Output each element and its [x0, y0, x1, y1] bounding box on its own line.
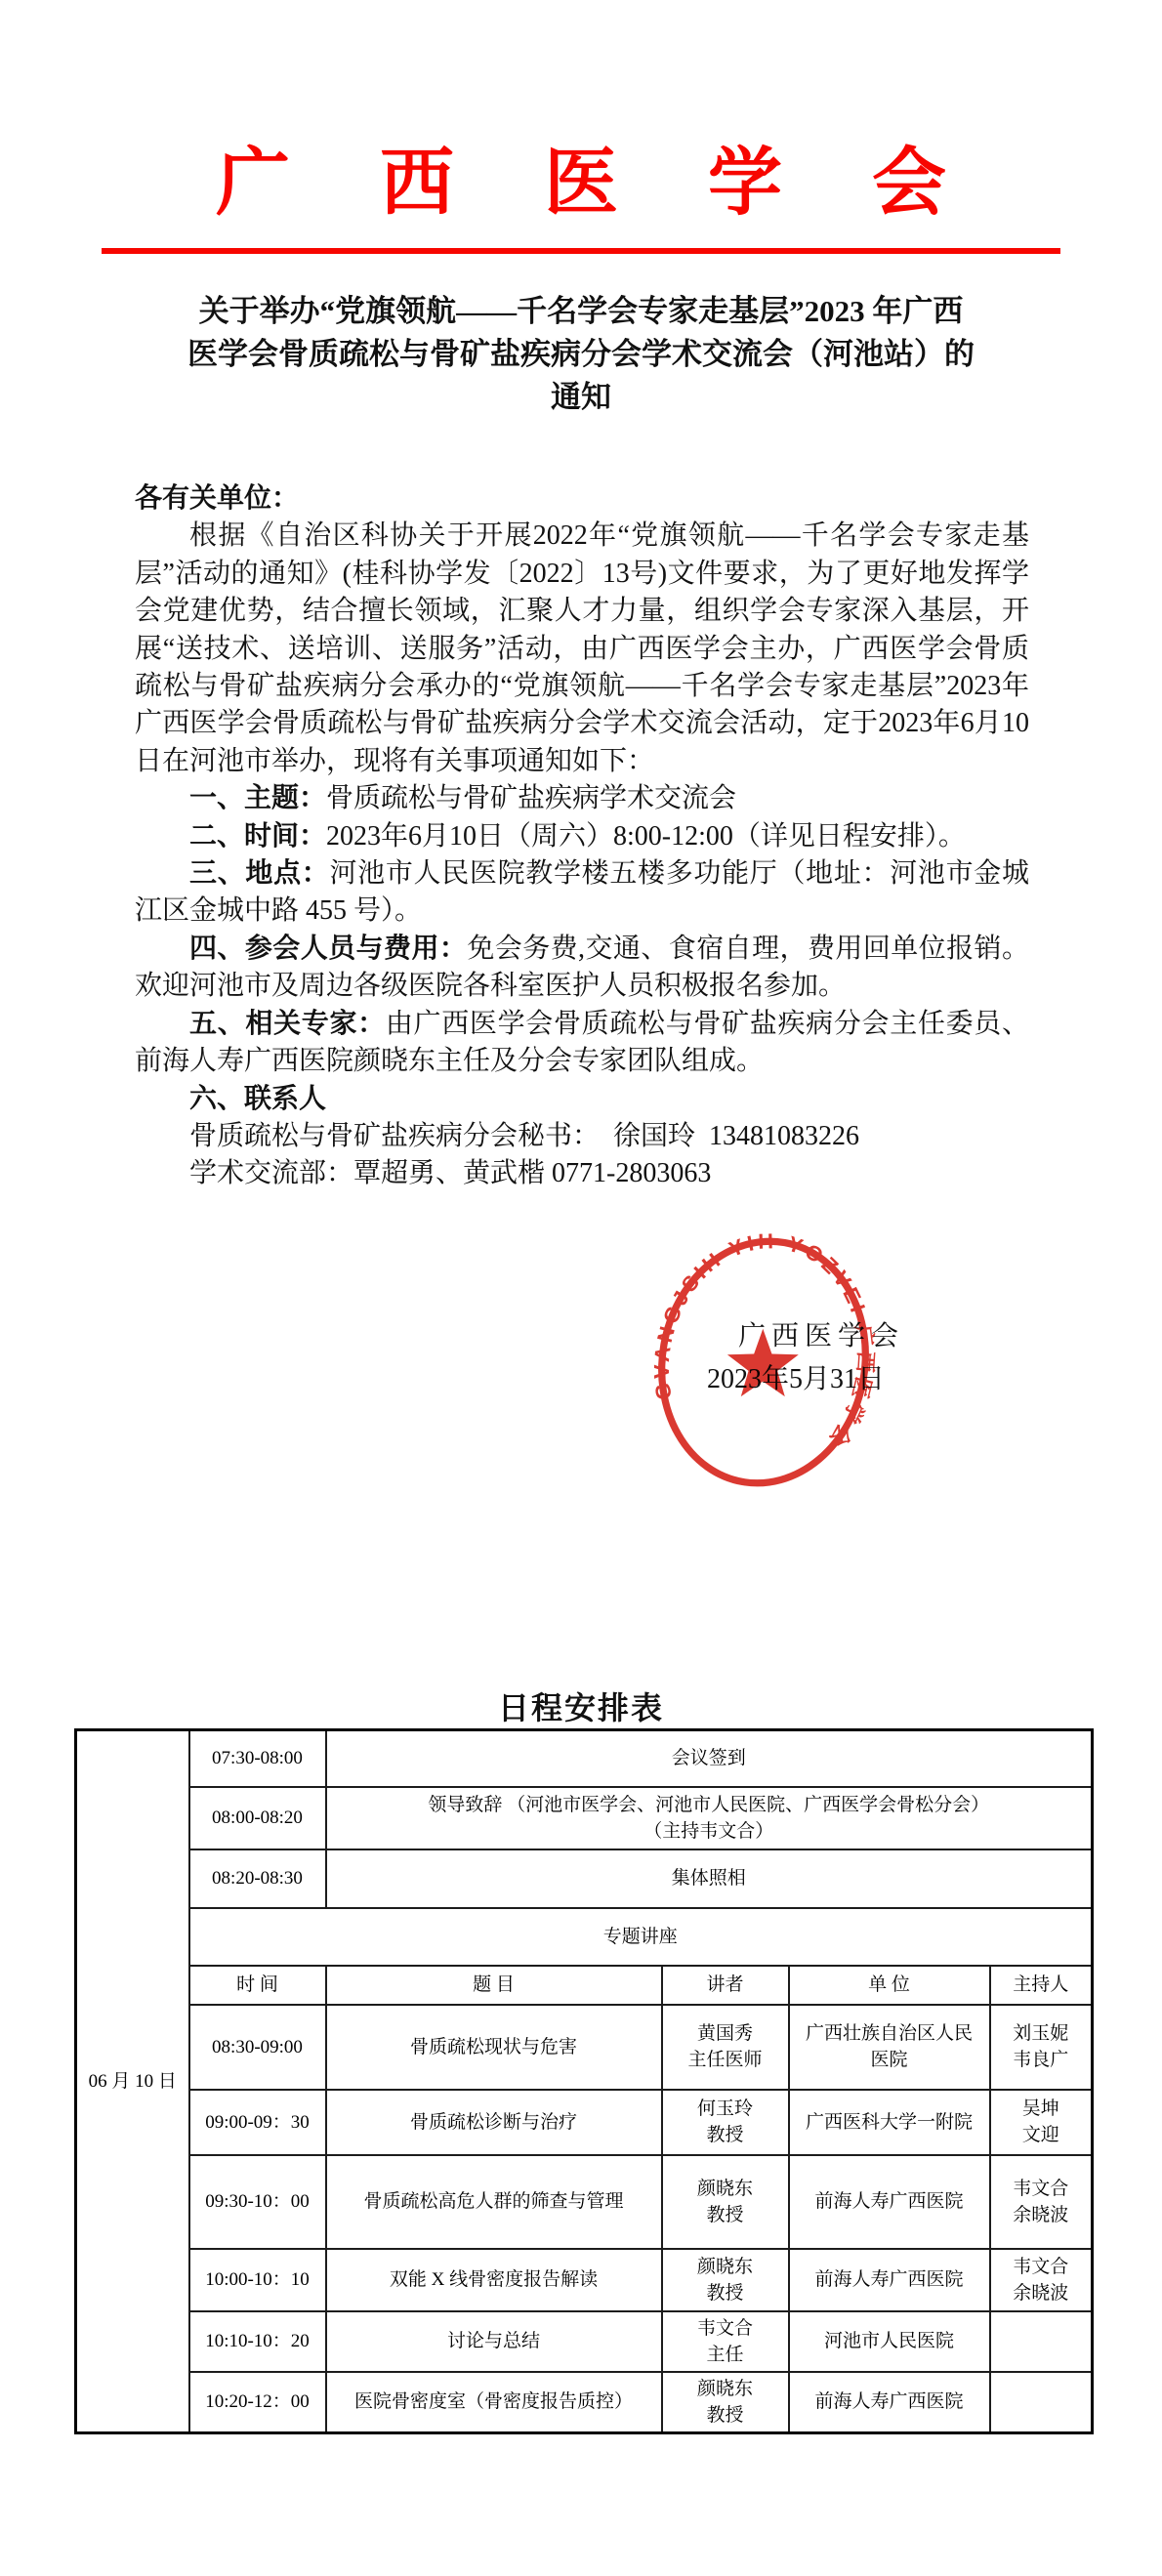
host-name: 余晓波: [999, 2280, 1084, 2306]
svg-text:GVANGJSIH YIH YOZVEI 广西医学会: GVANGJSIH YIH YOZVEI 广西医学会: [638, 1215, 895, 1457]
official-seal-stamp: GVANGJSIH YIH YOZVEI 广西医学会: [632, 1215, 896, 1510]
contact-exchange-dept: 学术交流部：覃超勇、黄武楷 0771-2803063: [135, 1155, 1029, 1192]
table-row: 09:30-10：00 骨质疏松高危人群的筛查与管理 颜晓东 教授 前海人寿广西…: [76, 2155, 1093, 2249]
item-experts-label: 五、相关专家：: [189, 1009, 386, 1039]
org-cell: 广西医科大学一附院: [789, 2090, 990, 2155]
column-header-org: 单 位: [789, 1966, 990, 2005]
time-cell: 08:20-08:30: [189, 1849, 326, 1908]
speaker-title: 主任: [671, 2342, 780, 2368]
notice-document-page: 广西医学会 关于举办“党旗领航——千名学会专家走基层”2023 年广西 医学会骨…: [0, 0, 1162, 2576]
event-line2: （主持韦文合）: [335, 1818, 1084, 1845]
item-topic: 一、主题：骨质疏松与骨矿盐疾病学术交流会: [135, 780, 1029, 817]
speaker-cell: 颜晓东 教授: [662, 2249, 789, 2311]
letterhead-divider-rule: [102, 248, 1060, 254]
topic-cell: 骨质疏松诊断与治疗: [326, 2090, 662, 2155]
host-name: 韦文合: [999, 2254, 1084, 2280]
speaker-name: 颜晓东: [671, 2376, 780, 2402]
table-row: 10:00-10：10 双能 X 线骨密度报告解读 颜晓东 教授 前海人寿广西医…: [76, 2249, 1093, 2311]
table-row: 08:00-08:20 领导致辞 （河池市医学会、河池市人民医院、广西医学会骨松…: [76, 1787, 1093, 1849]
org-cell: 前海人寿广西医院: [789, 2155, 990, 2249]
org-cell: 前海人寿广西医院: [789, 2372, 990, 2433]
host-cell: [990, 2311, 1093, 2372]
speaker-cell: 何玉玲 教授: [662, 2090, 789, 2155]
column-header-topic: 题 目: [326, 1966, 662, 2005]
host-cell: 刘玉妮 韦良广: [990, 2005, 1093, 2090]
time-cell: 07:30-08:00: [189, 1730, 326, 1787]
item-time-text: 2023年6月10日（周六）8:00-12:00（详见日程安排）。: [326, 821, 966, 852]
topic-cell: 双能 X 线骨密度报告解读: [326, 2249, 662, 2311]
contact-secretary: 骨质疏松与骨矿盐疾病分会秘书： 徐国玲 13481083226: [135, 1118, 1029, 1155]
host-cell: 吴坤 文迎: [990, 2090, 1093, 2155]
time-cell: 10:00-10：10: [189, 2249, 326, 2311]
table-row: 06 月 10 日 07:30-08:00 会议签到: [76, 1730, 1093, 1787]
speaker-name: 黄国秀: [671, 2020, 780, 2047]
document-title-line3: 通知: [112, 376, 1050, 419]
speaker-name: 韦文合: [671, 2315, 780, 2342]
document-title-line2: 医学会骨质疏松与骨矿盐疾病分会学术交流会（河池站）的: [112, 333, 1050, 376]
item-contacts-heading-label: 六、联系人: [189, 1084, 326, 1114]
speaker-name: 何玉玲: [671, 2096, 780, 2122]
host-name: 刘玉妮: [999, 2020, 1084, 2047]
topic-cell: 讨论与总结: [326, 2311, 662, 2372]
column-header-time: 时 间: [189, 1966, 326, 2005]
time-cell: 08:30-09:00: [189, 2005, 326, 2090]
time-cell: 09:00-09：30: [189, 2090, 326, 2155]
document-title-line1: 关于举办“党旗领航——千名学会专家走基层”2023 年广西: [112, 290, 1050, 333]
host-name: 文迎: [999, 2122, 1084, 2148]
table-row: 08:20-08:30 集体照相: [76, 1849, 1093, 1908]
host-name: 余晓波: [999, 2202, 1084, 2228]
seal-star-icon: [721, 1323, 802, 1405]
topic-cell: 骨质疏松现状与危害: [326, 2005, 662, 2090]
item-location-label: 三、地点：: [189, 858, 329, 889]
opening-paragraph: 根据《自治区科协关于开展2022年“党旗领航——千名学会专家走基层”活动的通知》…: [135, 518, 1029, 780]
notice-body: 各有关单位： 根据《自治区科协关于开展2022年“党旗领航——千名学会专家走基层…: [135, 480, 1029, 1193]
item-time-label: 二、时间：: [189, 821, 326, 852]
speaker-cell: 颜晓东 教授: [662, 2155, 789, 2249]
speaker-title: 教授: [671, 2402, 780, 2429]
host-name: 韦文合: [999, 2176, 1084, 2202]
item-attendees-label: 四、参会人员与费用：: [189, 934, 467, 964]
topic-cell: 医院骨密度室（骨密度报告质控）: [326, 2372, 662, 2433]
event-cell: 领导致辞 （河池市医学会、河池市人民医院、广西医学会骨松分会） （主持韦文合）: [326, 1787, 1093, 1849]
speaker-cell: 黄国秀 主任医师: [662, 2005, 789, 2090]
host-cell: 韦文合 余晓波: [990, 2155, 1093, 2249]
speaker-title: 主任医师: [671, 2047, 780, 2073]
item-time: 二、时间：2023年6月10日（周六）8:00-12:00（详见日程安排）。: [135, 818, 1029, 855]
schedule-table: 06 月 10 日 07:30-08:00 会议签到 08:00-08:20 领…: [74, 1728, 1094, 2434]
schedule-date-cell: 06 月 10 日: [76, 1730, 189, 2433]
speaker-title: 教授: [671, 2122, 780, 2148]
speaker-title: 教授: [671, 2280, 780, 2306]
time-cell: 10:20-12：00: [189, 2372, 326, 2433]
item-attendees: 四、参会人员与费用：免会务费,交通、食宿自理，费用回单位报销。欢迎河池市及周边各…: [135, 931, 1029, 1006]
event-line1: 领导致辞 （河池市医学会、河池市人民医院、广西医学会骨松分会）: [335, 1792, 1084, 1818]
org-cell: 前海人寿广西医院: [789, 2249, 990, 2311]
time-cell: 08:00-08:20: [189, 1787, 326, 1849]
table-row: 10:10-10：20 讨论与总结 韦文合 主任 河池市人民医院: [76, 2311, 1093, 2372]
item-location: 三、地点：河池市人民医院教学楼五楼多功能厅（地址：河池市金城江区金城中路 455…: [135, 855, 1029, 931]
table-row: 09:00-09：30 骨质疏松诊断与治疗 何玉玲 教授 广西医科大学一附院 吴…: [76, 2090, 1093, 2155]
speaker-cell: 颜晓东 教授: [662, 2372, 789, 2433]
speaker-name: 颜晓东: [671, 2254, 780, 2280]
seal-ring-text: GVANGJSIH YIH YOZVEI 广西医学会: [638, 1215, 895, 1457]
table-row: 专题讲座: [76, 1908, 1093, 1966]
item-contacts-heading: 六、联系人: [135, 1081, 1029, 1118]
item-experts: 五、相关专家：由广西医学会骨质疏松与骨矿盐疾病分会主任委员、前海人寿广西医院颜晓…: [135, 1006, 1029, 1081]
document-title: 关于举办“党旗领航——千名学会专家走基层”2023 年广西 医学会骨质疏松与骨矿…: [112, 290, 1050, 419]
speaker-title: 教授: [671, 2202, 780, 2228]
schedule-table-title: 日程安排表: [0, 1683, 1162, 1728]
event-cell: 会议签到: [326, 1730, 1093, 1787]
table-row: 08:30-09:00 骨质疏松现状与危害 黄国秀 主任医师 广西壮族自治区人民…: [76, 2005, 1093, 2090]
host-cell: [990, 2372, 1093, 2433]
speaker-cell: 韦文合 主任: [662, 2311, 789, 2372]
salutation: 各有关单位：: [135, 480, 1029, 518]
table-header-row: 时 间 题 目 讲者 单 位 主持人: [76, 1966, 1093, 2005]
table-row: 10:20-12：00 医院骨密度室（骨密度报告质控） 颜晓东 教授 前海人寿广…: [76, 2372, 1093, 2433]
time-cell: 10:10-10：20: [189, 2311, 326, 2372]
time-cell: 09:30-10：00: [189, 2155, 326, 2249]
speaker-name: 颜晓东: [671, 2176, 780, 2202]
item-topic-label: 一、主题：: [189, 783, 326, 813]
host-cell: 韦文合 余晓波: [990, 2249, 1093, 2311]
topic-cell: 骨质疏松高危人群的筛查与管理: [326, 2155, 662, 2249]
org-cell: 河池市人民医院: [789, 2311, 990, 2372]
item-topic-text: 骨质疏松与骨矿盐疾病学术交流会: [326, 783, 736, 813]
event-cell: 集体照相: [326, 1849, 1093, 1908]
host-name: 韦良广: [999, 2047, 1084, 2073]
host-name: 吴坤: [999, 2096, 1084, 2122]
column-header-speaker: 讲者: [662, 1966, 789, 2005]
letterhead-org-title: 广西医学会: [45, 123, 1162, 229]
section-label-cell: 专题讲座: [189, 1908, 1093, 1966]
column-header-host: 主持人: [990, 1966, 1093, 2005]
org-cell: 广西壮族自治区人民医院: [789, 2005, 990, 2090]
